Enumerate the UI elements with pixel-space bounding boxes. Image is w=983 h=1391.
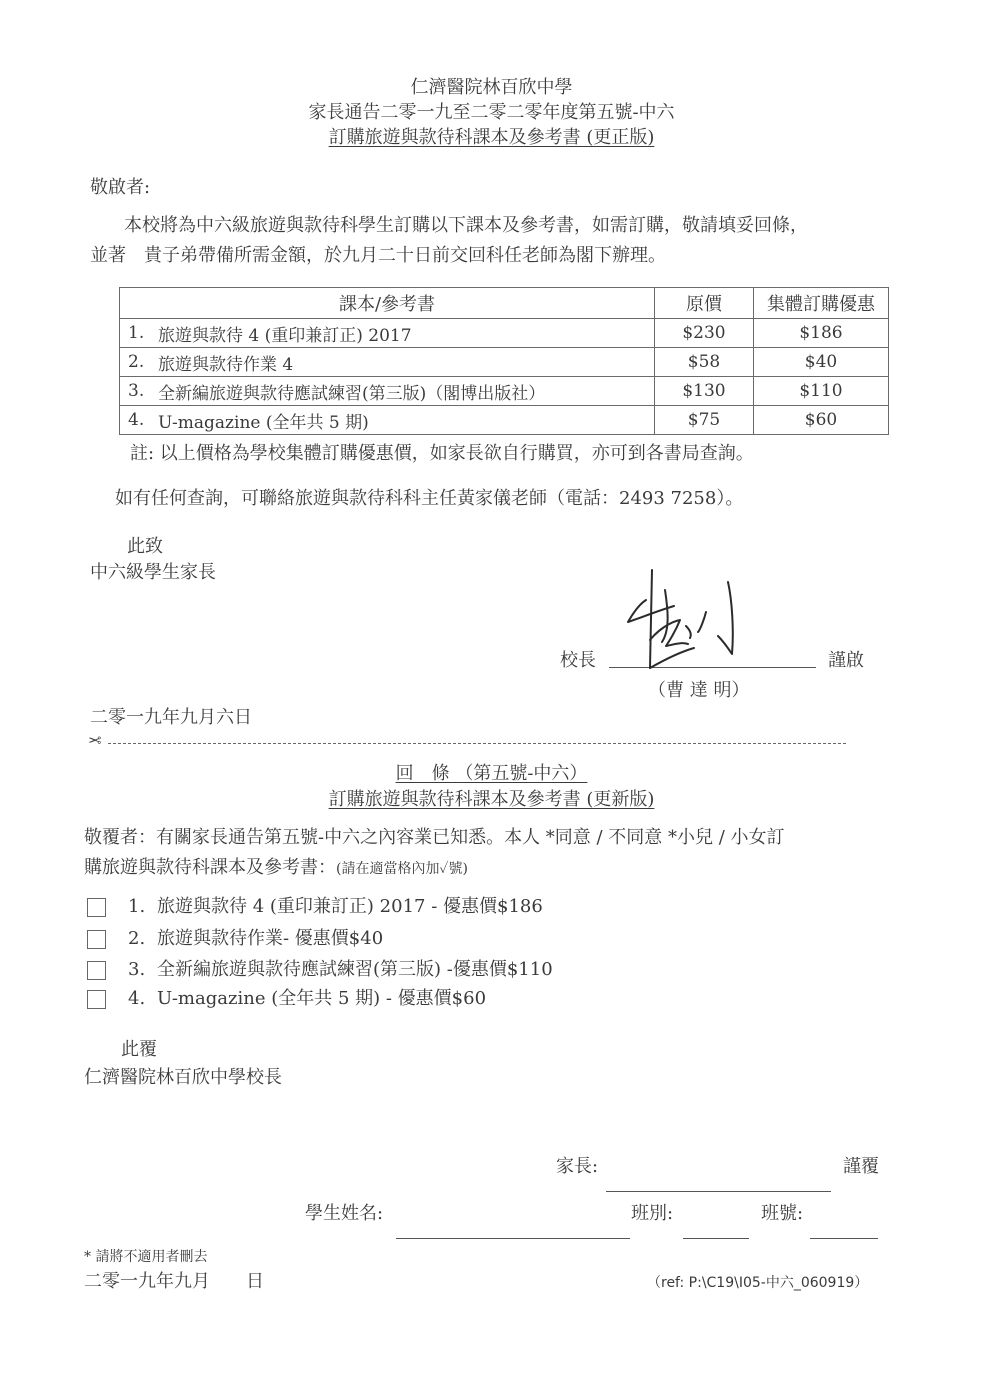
salutation: 敬啟者: [90, 176, 150, 200]
class-field[interactable] [683, 1218, 749, 1239]
option-number-1: 1. [128, 895, 145, 919]
reply-statement-line-2: 購旅遊與款待科課本及參考書：(請在適當格內加✓號) [84, 856, 468, 881]
body-line-1: 本校將為中六級旅遊與款待科學生訂購以下課本及參考書，如需訂購，敬請填妥回條， [124, 214, 808, 238]
notice-title: 家長通告二零一九至二零二零年度第五號-中六 [0, 101, 983, 125]
option-checkbox-2[interactable] [87, 930, 106, 949]
book-price: $230 [655, 319, 754, 348]
school-name: 仁濟醫院林百欣中學 [0, 76, 983, 100]
header-price: 原價 [655, 288, 754, 319]
option-number-3: 3. [128, 958, 145, 982]
option-checkbox-3[interactable] [87, 961, 106, 980]
table-row: 2. 旅遊與款待作業 4 $58 $40 [120, 348, 889, 377]
parent-label: 家長: [556, 1155, 598, 1179]
scissors-icon: ✂ [88, 731, 101, 751]
parent-signature-field[interactable] [606, 1171, 831, 1192]
option-number-4: 4. [128, 987, 145, 1011]
option-label-3: 全新編旅遊與款待應試練習(第三版) -優惠價$110 [157, 958, 553, 982]
principal-label: 校長 [560, 649, 596, 673]
table-row: 3. 全新編旅遊與款待應試練習(第三版)（閣博出版社） $130 $110 [120, 377, 889, 406]
book-group-price: $186 [754, 319, 889, 348]
contact-note: 如有任何查詢，可聯絡旅遊與款待科科主任黃家儀老師（電話：2493 7258）。 [115, 487, 743, 511]
class-no-label: 班號: [761, 1202, 803, 1226]
header-book: 課本/參考書 [120, 288, 655, 319]
option-label-2: 旅遊與款待作業- 優惠價$40 [157, 927, 383, 951]
reply-statement-line-1: 敬覆者：有關家長通告第五號-中六之內容業已知悉。本人 *同意 / 不同意 *小兒… [84, 826, 785, 850]
header-group-price: 集體訂購優惠 [754, 288, 889, 319]
table-header-row: 課本/參考書 原價 集體訂購優惠 [120, 288, 889, 319]
option-label-1: 旅遊與款待 4 (重印兼訂正) 2017 - 優惠價$186 [157, 895, 543, 919]
option-checkbox-4[interactable] [87, 990, 106, 1009]
footnote: * 請將不適用者刪去 [84, 1248, 207, 1266]
student-name-field[interactable] [396, 1218, 630, 1239]
option-number-2: 2. [128, 927, 145, 951]
respectfully: 謹啟 [828, 649, 864, 673]
principal-name: （曹 達 明） [648, 679, 749, 703]
book-title: 旅遊與款待 4 (重印兼訂正) 2017 [152, 319, 655, 348]
book-price: $130 [655, 377, 754, 406]
book-group-price: $60 [754, 406, 889, 435]
book-group-price: $40 [754, 348, 889, 377]
table-row: 4. U-magazine (全年共 5 期) $75 $60 [120, 406, 889, 435]
reply-regards: 此覆 [121, 1038, 157, 1062]
reply-date: 二零一九年九月 日 [84, 1270, 264, 1294]
price-note: 註: 以上價格為學校集體訂購優惠價，如家長欲自行購買，亦可到各書局查詢。 [130, 442, 754, 466]
notice-date: 二零一九年九月六日 [90, 706, 252, 730]
cut-line [108, 743, 846, 744]
closing-regards: 此致 [127, 535, 163, 559]
option-checkbox-1[interactable] [87, 898, 106, 917]
option-label-4: U-magazine (全年共 5 期) - 優惠價$60 [157, 987, 486, 1011]
reply-slip-subject: 訂購旅遊與款待科課本及參考書 (更新版) [0, 788, 983, 812]
tick-instruction: (請在適當格內加✓號) [336, 861, 468, 877]
row-number: 4. [120, 406, 153, 435]
row-number: 2. [120, 348, 153, 377]
body-line-2: 並著 貴子弟帶備所需金額，於九月二十日前交回科任老師為閣下辦理。 [90, 244, 666, 268]
reply-slip-title: 回 條 （第五號-中六） [0, 762, 983, 786]
student-name-label: 學生姓名: [305, 1202, 383, 1226]
row-number: 1. [120, 319, 153, 348]
table-row: 1. 旅遊與款待 4 (重印兼訂正) 2017 $230 $186 [120, 319, 889, 348]
principal-signature [610, 560, 790, 670]
reply-statement-text: 購旅遊與款待科課本及參考書： [84, 857, 336, 878]
reply-respectfully: 謹覆 [843, 1155, 879, 1179]
notice-subject: 訂購旅遊與款待科課本及參考書 (更正版) [0, 126, 983, 150]
book-title: 全新編旅遊與款待應試練習(第三版)（閣博出版社） [152, 377, 655, 406]
book-price: $58 [655, 348, 754, 377]
class-no-field[interactable] [810, 1218, 878, 1239]
book-price-table: 課本/參考書 原價 集體訂購優惠 1. 旅遊與款待 4 (重印兼訂正) 2017… [119, 287, 889, 435]
row-number: 3. [120, 377, 153, 406]
book-group-price: $110 [754, 377, 889, 406]
reference-code: （ref: P:\C19\I05-中六_060919） [647, 1272, 868, 1292]
book-title: 旅遊與款待作業 4 [152, 348, 655, 377]
reply-recipient: 仁濟醫院林百欣中學校長 [84, 1066, 282, 1090]
book-price: $75 [655, 406, 754, 435]
class-label: 班別: [631, 1202, 673, 1226]
book-title: U-magazine (全年共 5 期) [152, 406, 655, 435]
closing-recipient: 中六級學生家長 [90, 561, 216, 585]
